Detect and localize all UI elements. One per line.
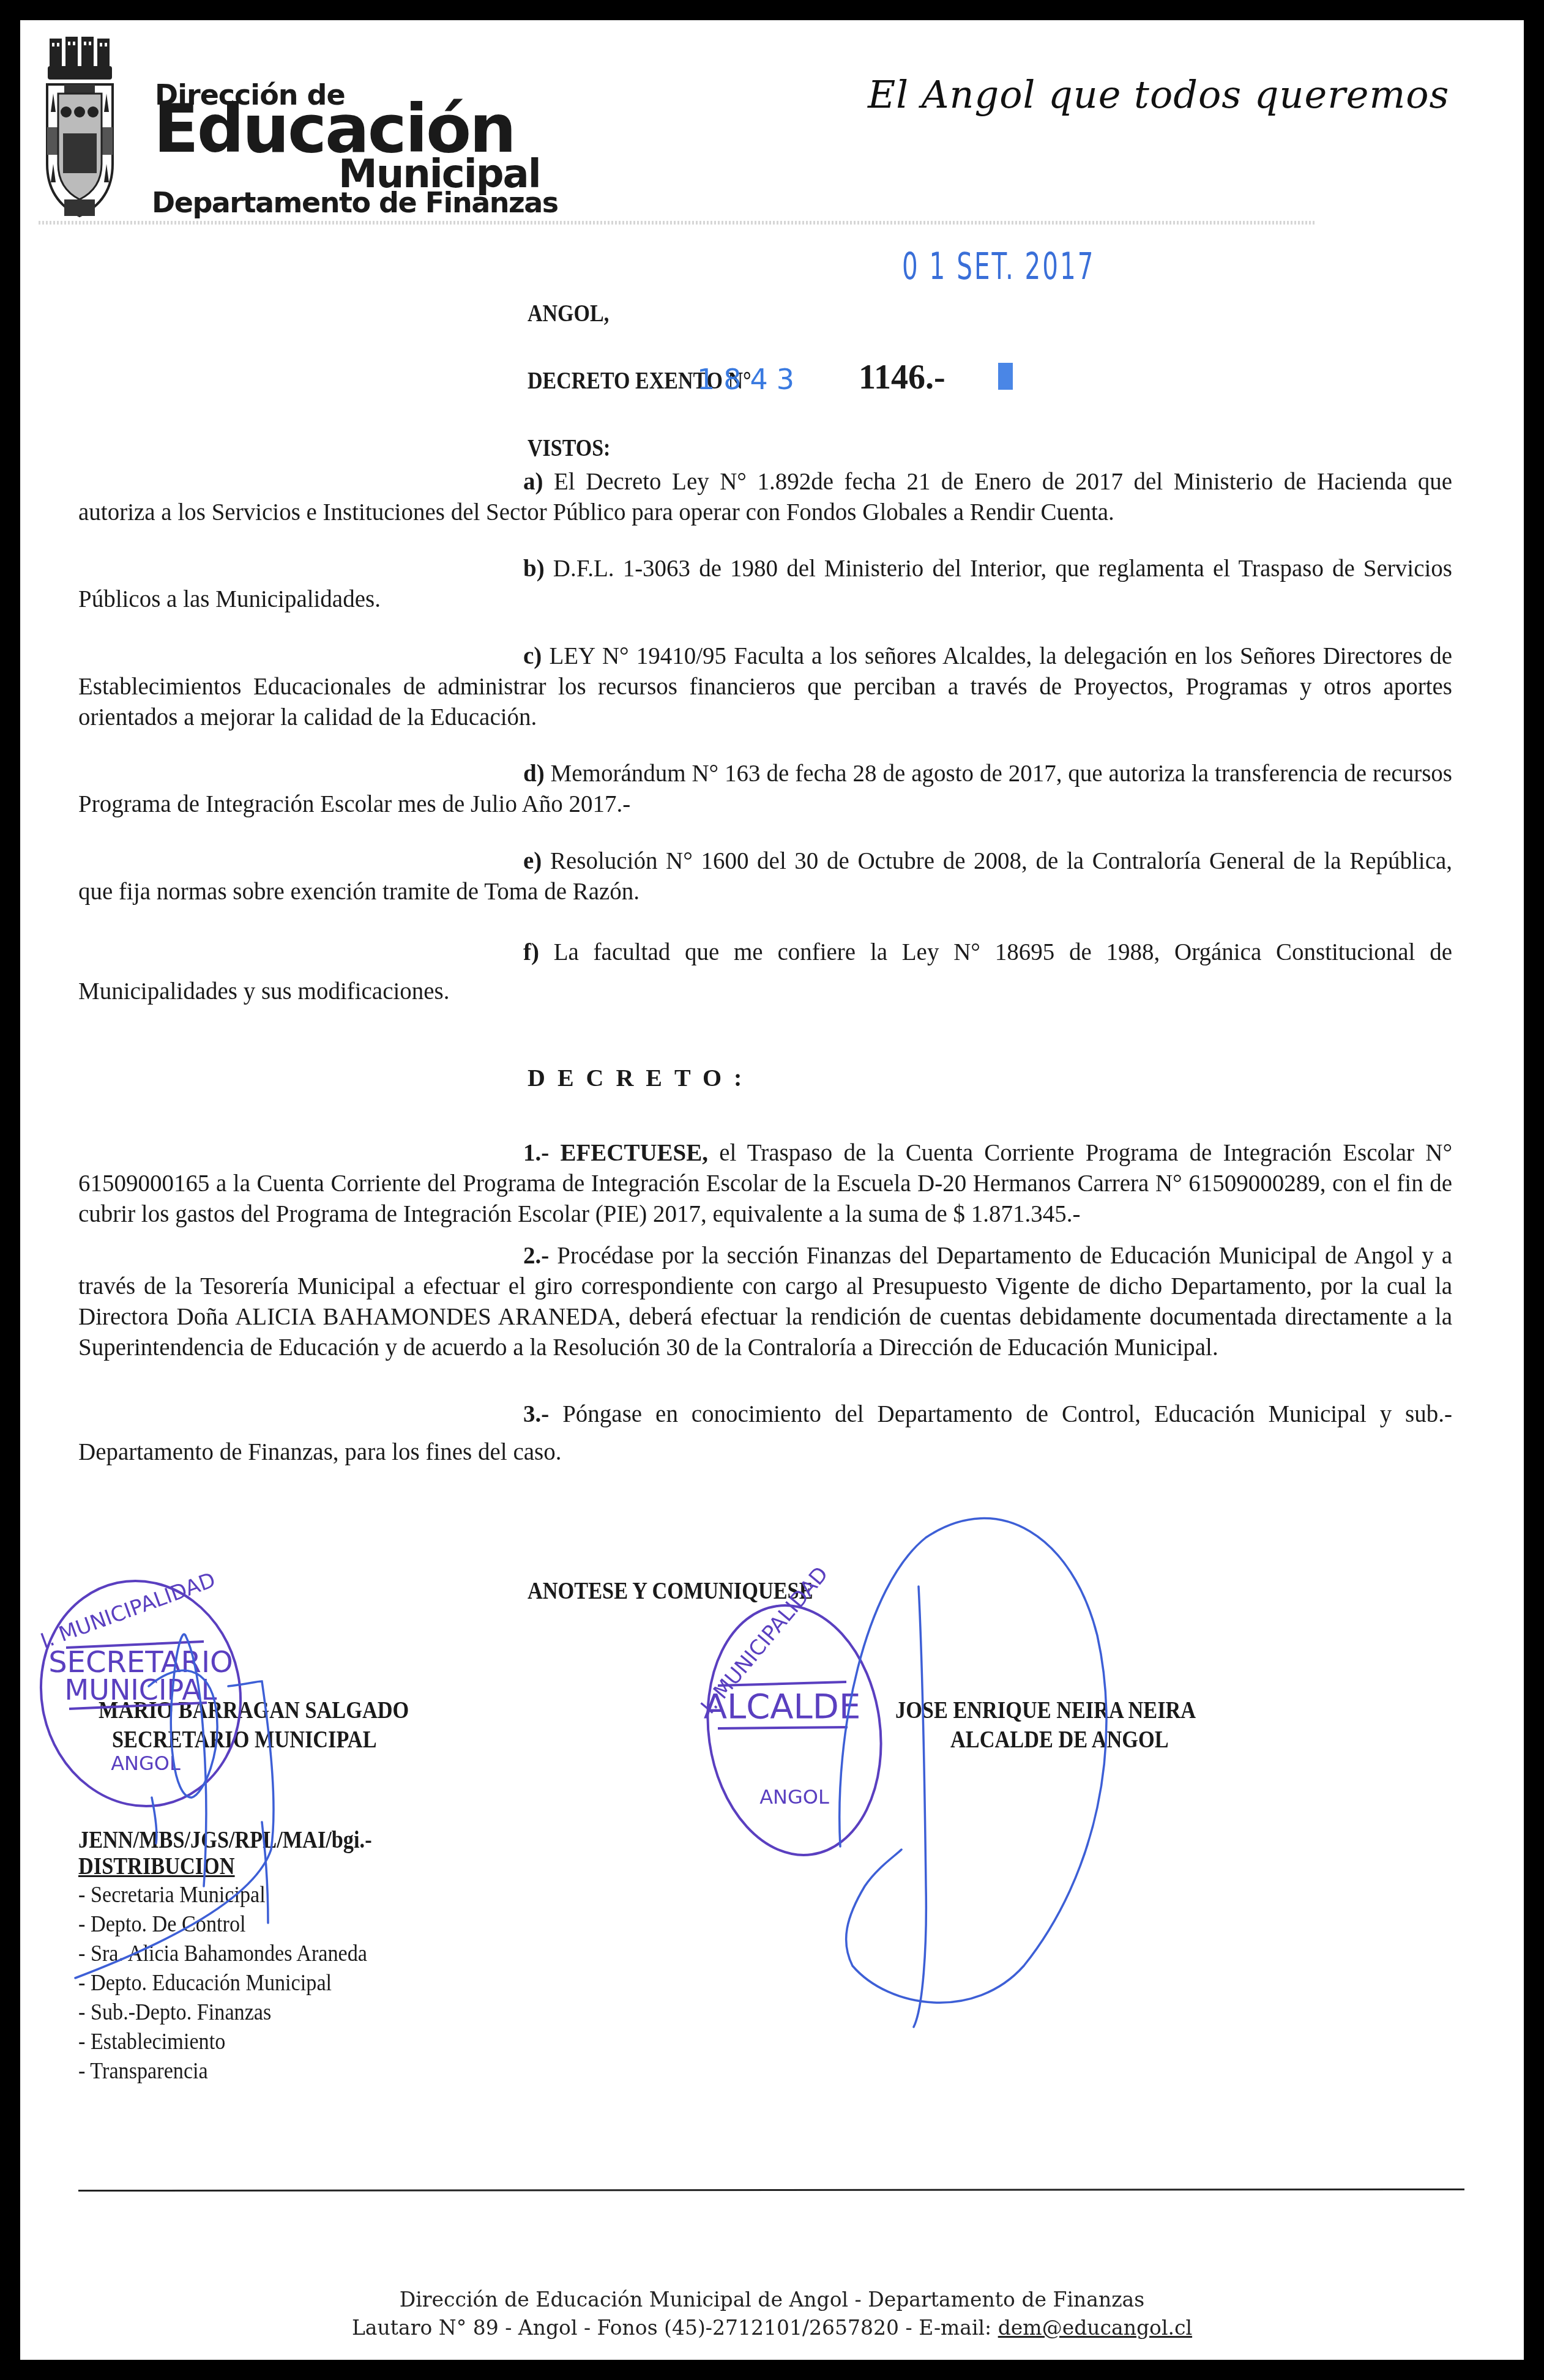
document-page: Dirección de Educación Municipal Departa…: [20, 20, 1524, 2360]
seal-municipal-text: MUNICIPAL: [65, 1673, 217, 1706]
seal-bottom-text: ANGOL: [111, 1752, 181, 1775]
footer-org-line: Dirección de Educación Municipal de Ango…: [20, 2288, 1524, 2311]
footer-email-link[interactable]: dem@educangol.cl: [998, 2316, 1192, 2340]
seals-signatures-overlay: SECRETARIO MUNICIPAL I. MUNICIPALIDAD AN…: [20, 20, 1524, 2360]
seal-alcalde-bottom-text: ANGOL: [759, 1785, 829, 1809]
alcalde-seal-stamp: [692, 1594, 897, 1867]
footer-contact-line: Lautaro N° 89 - Angol - Fonos (45)-27121…: [20, 2316, 1524, 2340]
